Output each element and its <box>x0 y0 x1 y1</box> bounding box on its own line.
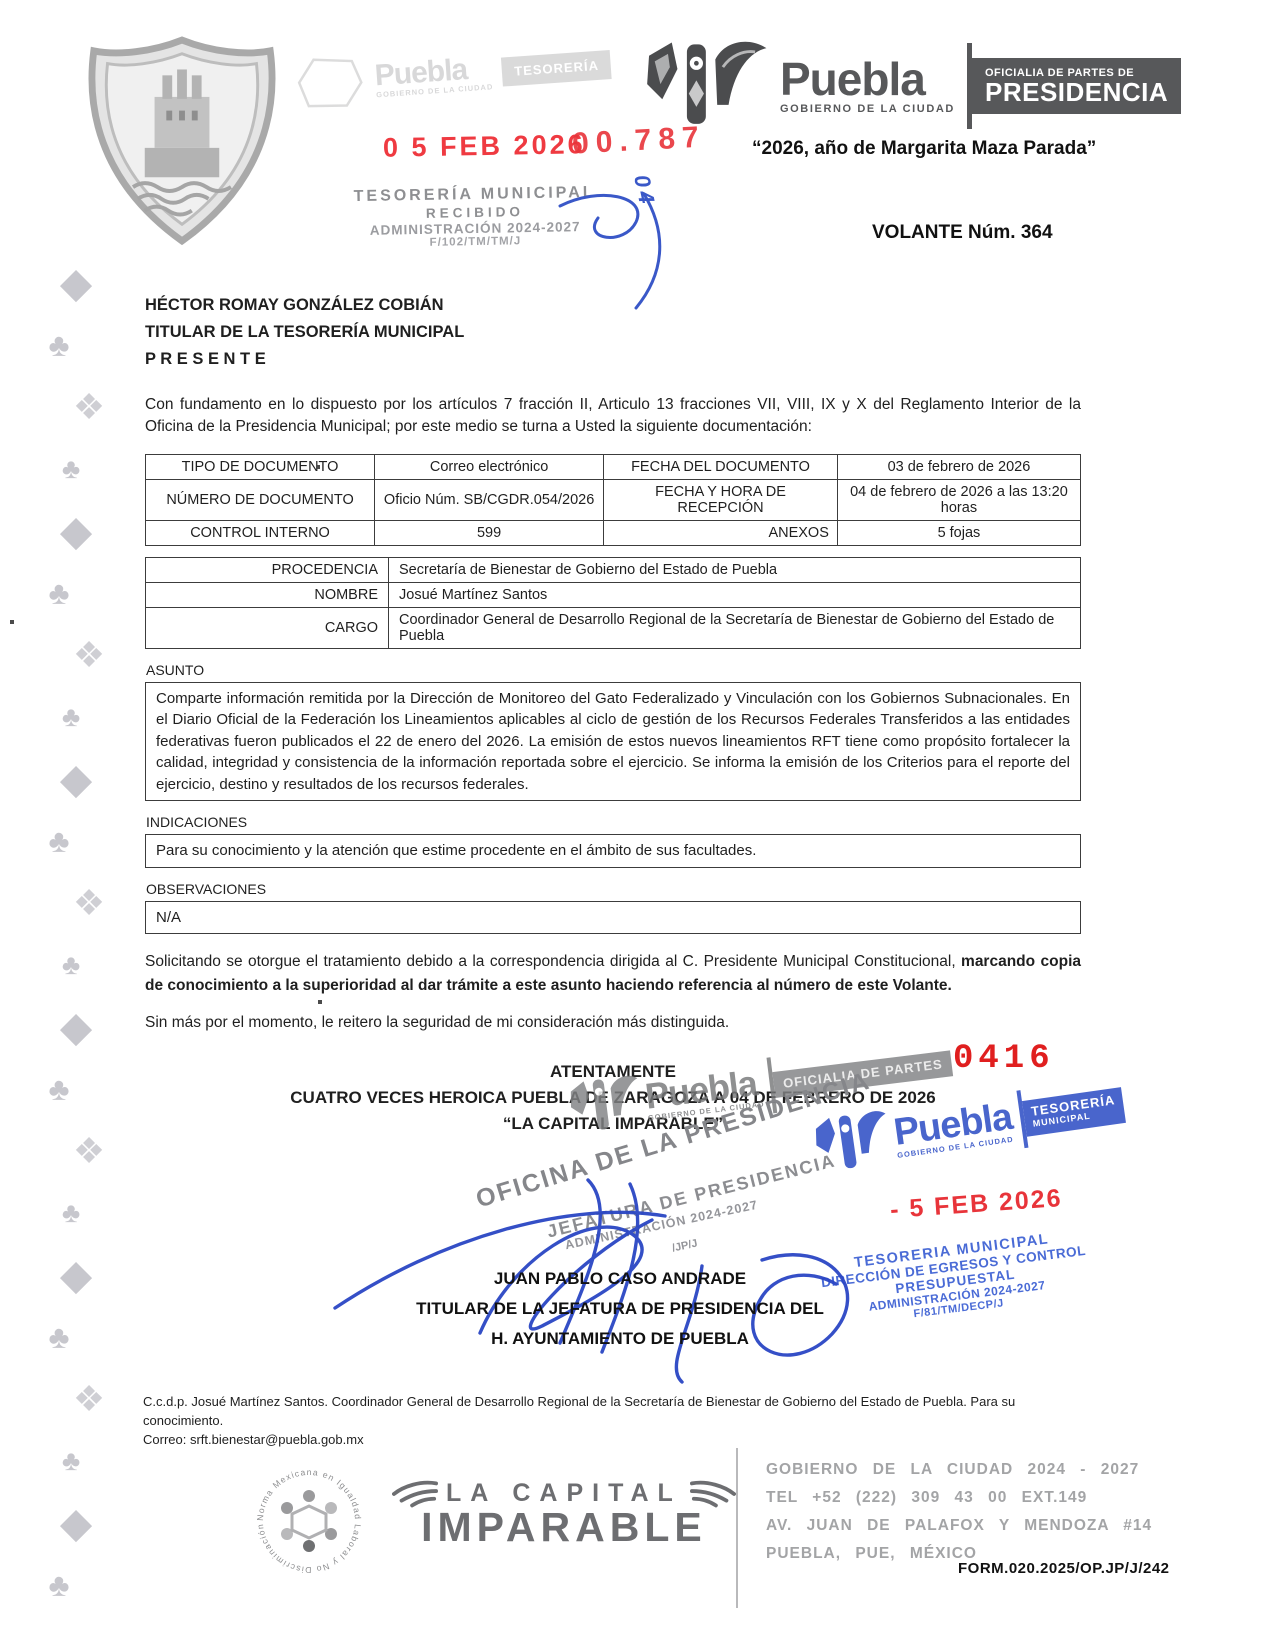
closing-normal: Solicitando se otorgue el tratamiento de… <box>145 953 961 970</box>
table-cell: FECHA Y HORA DE RECEPCIÓN <box>604 479 838 520</box>
scan-speck <box>316 465 320 469</box>
ornament-glyph: ❖ <box>41 624 124 686</box>
received-date-stamp-2: - 5 FEB 2026 <box>889 1184 1063 1225</box>
stamp-code-line: /JP/J <box>671 1237 699 1254</box>
signer-title: TITULAR DE LA JEFATURA DE PRESIDENCIA DE… <box>250 1294 990 1324</box>
ornament-glyph: ◆ <box>28 748 124 810</box>
wing-right-icon <box>690 1478 736 1508</box>
ornament-glyph: ♣ <box>28 562 107 624</box>
table-cell: Oficio Núm. SB/CGDR.054/2026 <box>375 479 604 520</box>
addressee-presente: P R E S E N T E <box>145 346 1081 373</box>
ornament-glyph: ◆ <box>28 1492 124 1554</box>
document-info-table: TIPO DE DOCUMENTO Correo electrónico FEC… <box>145 454 1081 546</box>
ornament-glyph: ❖ <box>41 872 124 934</box>
ornament-glyph: ♣ <box>28 1306 107 1368</box>
closing-paragraph: Solicitando se otorgue el tratamiento de… <box>145 950 1081 997</box>
table-cell: TIPO DE DOCUMENTO <box>146 454 375 479</box>
table-cell: ANEXOS <box>604 520 838 545</box>
puebla-emblems-icon <box>805 1105 895 1182</box>
ornament-glyph: ♣ <box>28 314 107 376</box>
scan-speck <box>10 620 14 624</box>
seal-circular-text: Norma Mexicana en Igualdad Laboral y No … <box>246 1458 363 1575</box>
ccdp-note: C.c.d.p. Josué Martínez Santos. Coordina… <box>143 1392 1088 1449</box>
svg-text:Norma Mexicana en Igualdad Lab: Norma Mexicana en Igualdad Laboral y No … <box>246 1458 363 1575</box>
table-row: NOMBRE Josué Martínez Santos <box>146 582 1081 607</box>
table-cell: Coordinador General de Desarrollo Region… <box>389 607 1081 648</box>
ornament-glyph: ♣ <box>28 1430 119 1492</box>
addressee-block: HÉCTOR ROMAY GONZÁLEZ COBIÁN TITULAR DE … <box>145 292 1081 373</box>
indicaciones-label: INDICACIONES <box>146 814 1081 830</box>
ccdp-email-line: Correo: srft.bienestar@puebla.gob.mx <box>143 1430 1088 1449</box>
ornament-glyph: ❖ <box>41 1120 124 1182</box>
capital-imparable-logo: LA CAPITAL IMPARABLE <box>392 1478 736 1551</box>
table-cell: PROCEDENCIA <box>146 557 389 582</box>
signer-name: JUAN PABLO CASO ANDRADE <box>250 1264 990 1294</box>
puebla-emblems-icon <box>632 36 774 136</box>
observaciones-label: OBSERVACIONES <box>146 881 1081 897</box>
ornament-glyph: ♣ <box>28 934 119 996</box>
capital-logo-line-2: IMPARABLE <box>392 1504 736 1551</box>
left-ornament-strip: ◆♣❖♣◆♣❖♣◆♣❖♣◆♣❖♣◆♣❖♣◆♣ <box>28 252 124 1642</box>
handwritten-note: 04 <box>628 172 660 209</box>
table-row: NÚMERO DE DOCUMENTO Oficio Núm. SB/CGDR.… <box>146 479 1081 520</box>
asunto-label: ASUNTO <box>146 662 1081 678</box>
origin-table: PROCEDENCIA Secretaría de Bienestar de G… <box>145 557 1081 649</box>
ornament-glyph: ♣ <box>28 438 119 500</box>
puebla-emblems-icon <box>561 1070 646 1141</box>
ornament-glyph: ♣ <box>28 810 107 872</box>
table-cell: NÚMERO DE DOCUMENTO <box>146 479 375 520</box>
addressee-title: TITULAR DE LA TESORERÍA MUNICIPAL <box>145 319 1081 346</box>
addressee-name: HÉCTOR ROMAY GONZÁLEZ COBIÁN <box>145 292 1081 319</box>
intro-paragraph: Con fundamento en lo dispuesto por los a… <box>145 394 1081 438</box>
signer-block: JUAN PABLO CASO ANDRADE TITULAR DE LA JE… <box>250 1264 990 1354</box>
scanned-document-page: ◆♣❖♣◆♣❖♣◆♣❖♣◆♣❖♣◆♣❖♣◆♣ Puebla GOBIERNO D… <box>0 0 1270 1652</box>
table-row: CONTROL INTERNO 599 ANEXOS 5 fojas <box>146 520 1081 545</box>
document-body: HÉCTOR ROMAY GONZÁLEZ COBIÁN TITULAR DE … <box>145 292 1081 1137</box>
table-row: PROCEDENCIA Secretaría de Bienestar de G… <box>146 557 1081 582</box>
faded-tesoreria-stamp: Puebla GOBIERNO DE LA CIUDAD TESORERÍA <box>293 35 613 115</box>
ornament-glyph: ◆ <box>28 1244 124 1306</box>
contact-line: TEL +52 (222) 309 43 00 EXT.149 <box>766 1484 1166 1512</box>
norma-mexicana-seal-icon: Norma Mexicana en Igualdad Laboral y No … <box>246 1458 372 1589</box>
asunto-box: Comparte información remitida por la Dir… <box>145 682 1081 802</box>
table-cell: 5 fojas <box>837 520 1080 545</box>
presidencia-badge: OFICIALIA DE PARTES DE PRESIDENCIA <box>972 58 1181 114</box>
indicaciones-box: Para su conocimiento y la atención que e… <box>145 834 1081 868</box>
form-number: FORM.020.2025/OP.JP/J/242 <box>958 1560 1170 1577</box>
presidencia-badge-line: PRESIDENCIA <box>985 79 1168 105</box>
ornament-glyph: ◆ <box>28 252 124 314</box>
observaciones-box: N/A <box>145 901 1081 935</box>
table-cell: Josué Martínez Santos <box>389 582 1081 607</box>
ornament-glyph: ◆ <box>28 500 124 562</box>
ccdp-line: C.c.d.p. Josué Martínez Santos. Coordina… <box>143 1392 1088 1430</box>
table-cell: 03 de febrero de 2026 <box>837 454 1080 479</box>
city-crest-icon <box>84 30 280 257</box>
ornament-glyph: ♣ <box>28 1554 107 1616</box>
contact-line: AV. JUAN DE PALAFOX Y MENDOZA #14 <box>766 1512 1166 1540</box>
stamp-badge: TESORERÍA MUNICIPAL <box>1022 1087 1127 1137</box>
signer-title-2: H. AYUNTAMIENTO DE PUEBLA <box>250 1324 990 1354</box>
ornament-glyph: ♣ <box>28 1058 107 1120</box>
table-cell: CARGO <box>146 607 389 648</box>
faded-stamp-badge: TESORERÍA <box>501 50 612 87</box>
year-slogan: “2026, año de Margarita Maza Parada” <box>752 138 1096 160</box>
table-cell: Correo electrónico <box>375 454 604 479</box>
red-folio-number-2: 0416 <box>953 1040 1055 1078</box>
puebla-wordmark-sub: GOBIERNO DE LA CIUDAD <box>780 103 955 115</box>
table-cell: NOMBRE <box>146 582 389 607</box>
ornament-glyph: ❖ <box>41 376 124 438</box>
table-cell: FECHA DEL DOCUMENTO <box>604 454 838 479</box>
scan-speck <box>318 1000 322 1004</box>
contact-line: GOBIERNO DE LA CIUDAD 2024 - 2027 <box>766 1456 1166 1484</box>
ornament-glyph: ◆ <box>28 996 124 1058</box>
table-row: CARGO Coordinador General de Desarrollo … <box>146 607 1081 648</box>
ornament-glyph: ❖ <box>41 1368 124 1430</box>
ornament-glyph: ♣ <box>28 1182 119 1244</box>
table-cell: 04 de febrero de 2026 a las 13:20 horas <box>837 479 1080 520</box>
table-cell: 599 <box>375 520 604 545</box>
table-cell: Secretaría de Bienestar de Gobierno del … <box>389 557 1081 582</box>
table-row: TIPO DE DOCUMENTO Correo electrónico FEC… <box>146 454 1081 479</box>
received-date-stamp: 0 5 FEB 2026 <box>383 129 586 164</box>
footer-divider <box>736 1448 738 1608</box>
footer-contact-block: GOBIERNO DE LA CIUDAD 2024 - 2027 TEL +5… <box>766 1456 1166 1568</box>
ornament-glyph: ♣ <box>28 686 119 748</box>
puebla-logo: Puebla GOBIERNO DE LA CIUDAD OFICIALIA D… <box>632 36 1181 136</box>
volante-number: VOLANTE Núm. 364 <box>872 222 1053 244</box>
hexagon-outline-icon <box>293 52 367 115</box>
table-cell: CONTROL INTERNO <box>146 520 375 545</box>
puebla-wordmark: Puebla <box>780 57 955 101</box>
farewell-paragraph: Sin más por el momento, le reitero la se… <box>145 1014 1081 1032</box>
